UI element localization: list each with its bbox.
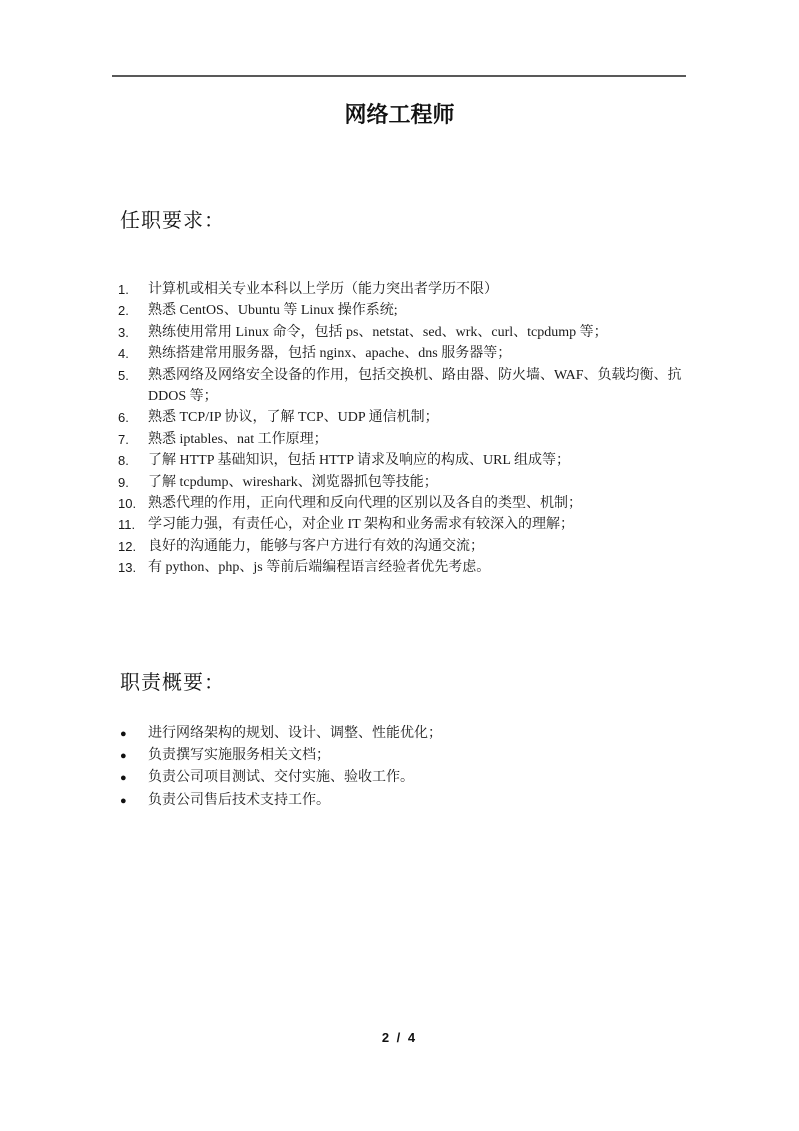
requirement-item: 熟悉 iptables、nat 工作原理；	[118, 429, 686, 450]
requirement-item: 熟练搭建常用服务器，包括 nginx、apache、dns 服务器等；	[118, 343, 686, 364]
page-number: 2 / 4	[0, 1030, 799, 1045]
requirement-item: 熟悉代理的作用，正向代理和反向代理的区别以及各自的类型、机制；	[118, 493, 686, 514]
requirement-item: 了解 HTTP 基础知识，包括 HTTP 请求及响应的构成、URL 组成等；	[118, 450, 686, 471]
responsibility-text: 负责公司售后技术支持工作。	[148, 793, 330, 808]
responsibility-text: 负责公司项目测试、交付实施、验收工作。	[148, 770, 414, 785]
requirement-item: 熟悉 CentOS、Ubuntu 等 Linux 操作系统;	[118, 300, 686, 321]
requirement-item: 熟悉网络及网络安全设备的作用，包括交换机、路由器、防火墙、WAF、负载均衡、抗 …	[118, 365, 686, 408]
requirement-item: 了解 tcpdump、wireshark、浏览器抓包等技能；	[118, 472, 686, 493]
responsibilities-list: ● 进行网络架构的规划、设计、调整、性能优化； ● 负责撰写实施服务相关文档； …	[118, 723, 686, 812]
document-title: 网络工程师	[0, 101, 799, 129]
requirement-item: 熟练使用常用 Linux 命令，包括 ps、netstat、sed、wrk、cu…	[118, 322, 686, 343]
bullet-icon: ●	[120, 723, 127, 745]
responsibility-item: ● 负责撰写实施服务相关文档；	[118, 745, 686, 767]
responsibility-item: ● 进行网络架构的规划、设计、调整、性能优化；	[118, 723, 686, 745]
requirements-list: 计算机或相关专业本科以上学历（能力突出者学历不限） 熟悉 CentOS、Ubun…	[118, 279, 686, 579]
requirement-item: 有 python、php、js 等前后端编程语言经验者优先考虑。	[118, 557, 686, 578]
requirement-item: 计算机或相关专业本科以上学历（能力突出者学历不限）	[118, 279, 686, 300]
requirement-item: 学习能力强，有责任心，对企业 IT 架构和业务需求有较深入的理解；	[118, 514, 686, 535]
header-rule-divider	[112, 75, 686, 77]
requirement-item: 熟悉 TCP/IP 协议，了解 TCP、UDP 通信机制；	[118, 407, 686, 428]
requirement-item: 良好的沟通能力，能够与客户方进行有效的沟通交流；	[118, 536, 686, 557]
responsibility-text: 负责撰写实施服务相关文档；	[148, 748, 330, 763]
responsibility-item: ● 负责公司售后技术支持工作。	[118, 790, 686, 812]
bullet-icon: ●	[120, 745, 127, 767]
bullet-icon: ●	[120, 767, 127, 789]
responsibility-text: 进行网络架构的规划、设计、调整、性能优化；	[148, 726, 442, 741]
bullet-icon: ●	[120, 790, 127, 812]
responsibility-item: ● 负责公司项目测试、交付实施、验收工作。	[118, 767, 686, 789]
responsibilities-heading: 职责概要：	[120, 666, 225, 695]
requirements-heading: 任职要求：	[120, 204, 225, 233]
document-page: 网络工程师 任职要求： 计算机或相关专业本科以上学历（能力突出者学历不限） 熟悉…	[0, 0, 799, 1131]
